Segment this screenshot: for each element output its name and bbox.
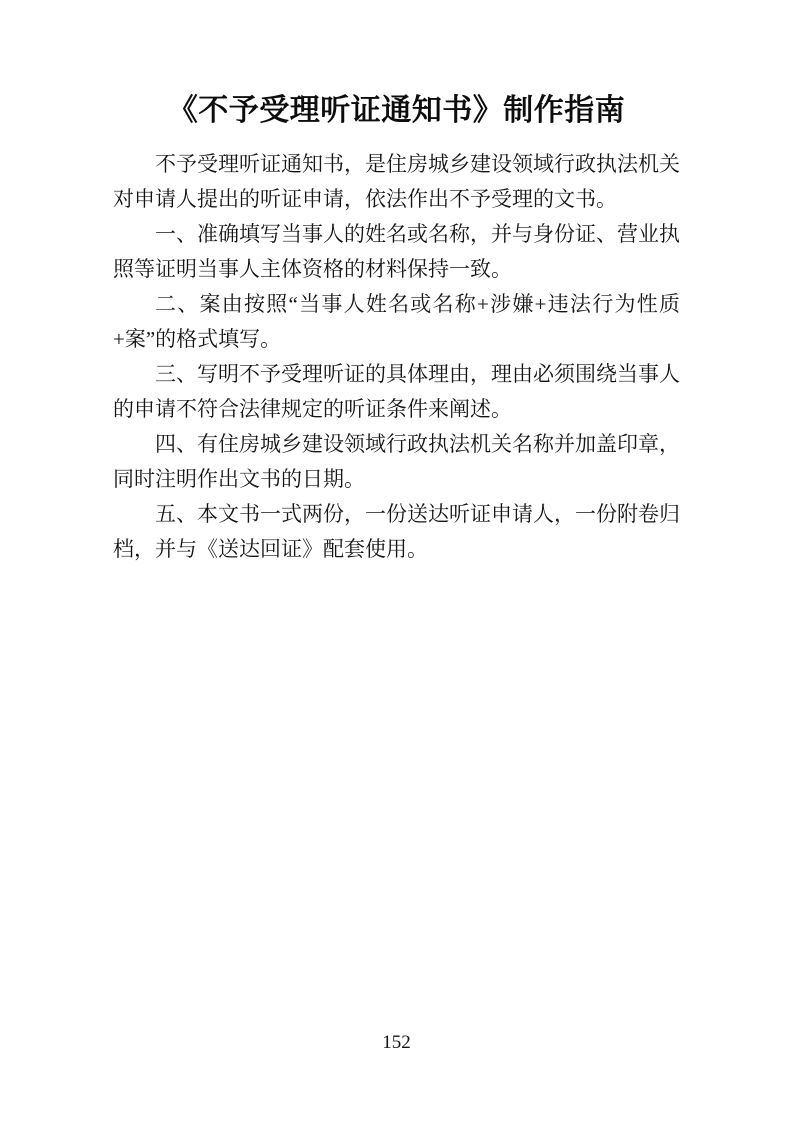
paragraph-item-1: 一、准确填写当事人的姓名或名称，并与身份证、营业执照等证明当事人主体资格的材料保…	[113, 217, 680, 287]
paragraph-item-2: 二、案由按照“当事人姓名或名称+涉嫌+违法行为性质+案”的格式填写。	[113, 287, 680, 357]
page-number: 152	[0, 1032, 793, 1054]
document-title: 《不予受理听证通知书》制作指南	[0, 0, 793, 132]
document-body: 不予受理听证通知书，是住房城乡建设领域行政执法机关对申请人提出的听证申请，依法作…	[113, 147, 680, 567]
paragraph-item-3: 三、写明不予受理听证的具体理由，理由必须围绕当事人的申请不符合法律规定的听证条件…	[113, 357, 680, 427]
paragraph-item-5: 五、本文书一式两份，一份送达听证申请人，一份附卷归档，并与《送达回证》配套使用。	[113, 497, 680, 567]
paragraph-item-4: 四、有住房城乡建设领域行政执法机关名称并加盖印章，同时注明作出文书的日期。	[113, 427, 680, 497]
paragraph-intro: 不予受理听证通知书，是住房城乡建设领域行政执法机关对申请人提出的听证申请，依法作…	[113, 147, 680, 217]
document-page: 《不予受理听证通知书》制作指南 不予受理听证通知书，是住房城乡建设领域行政执法机…	[0, 0, 793, 1122]
